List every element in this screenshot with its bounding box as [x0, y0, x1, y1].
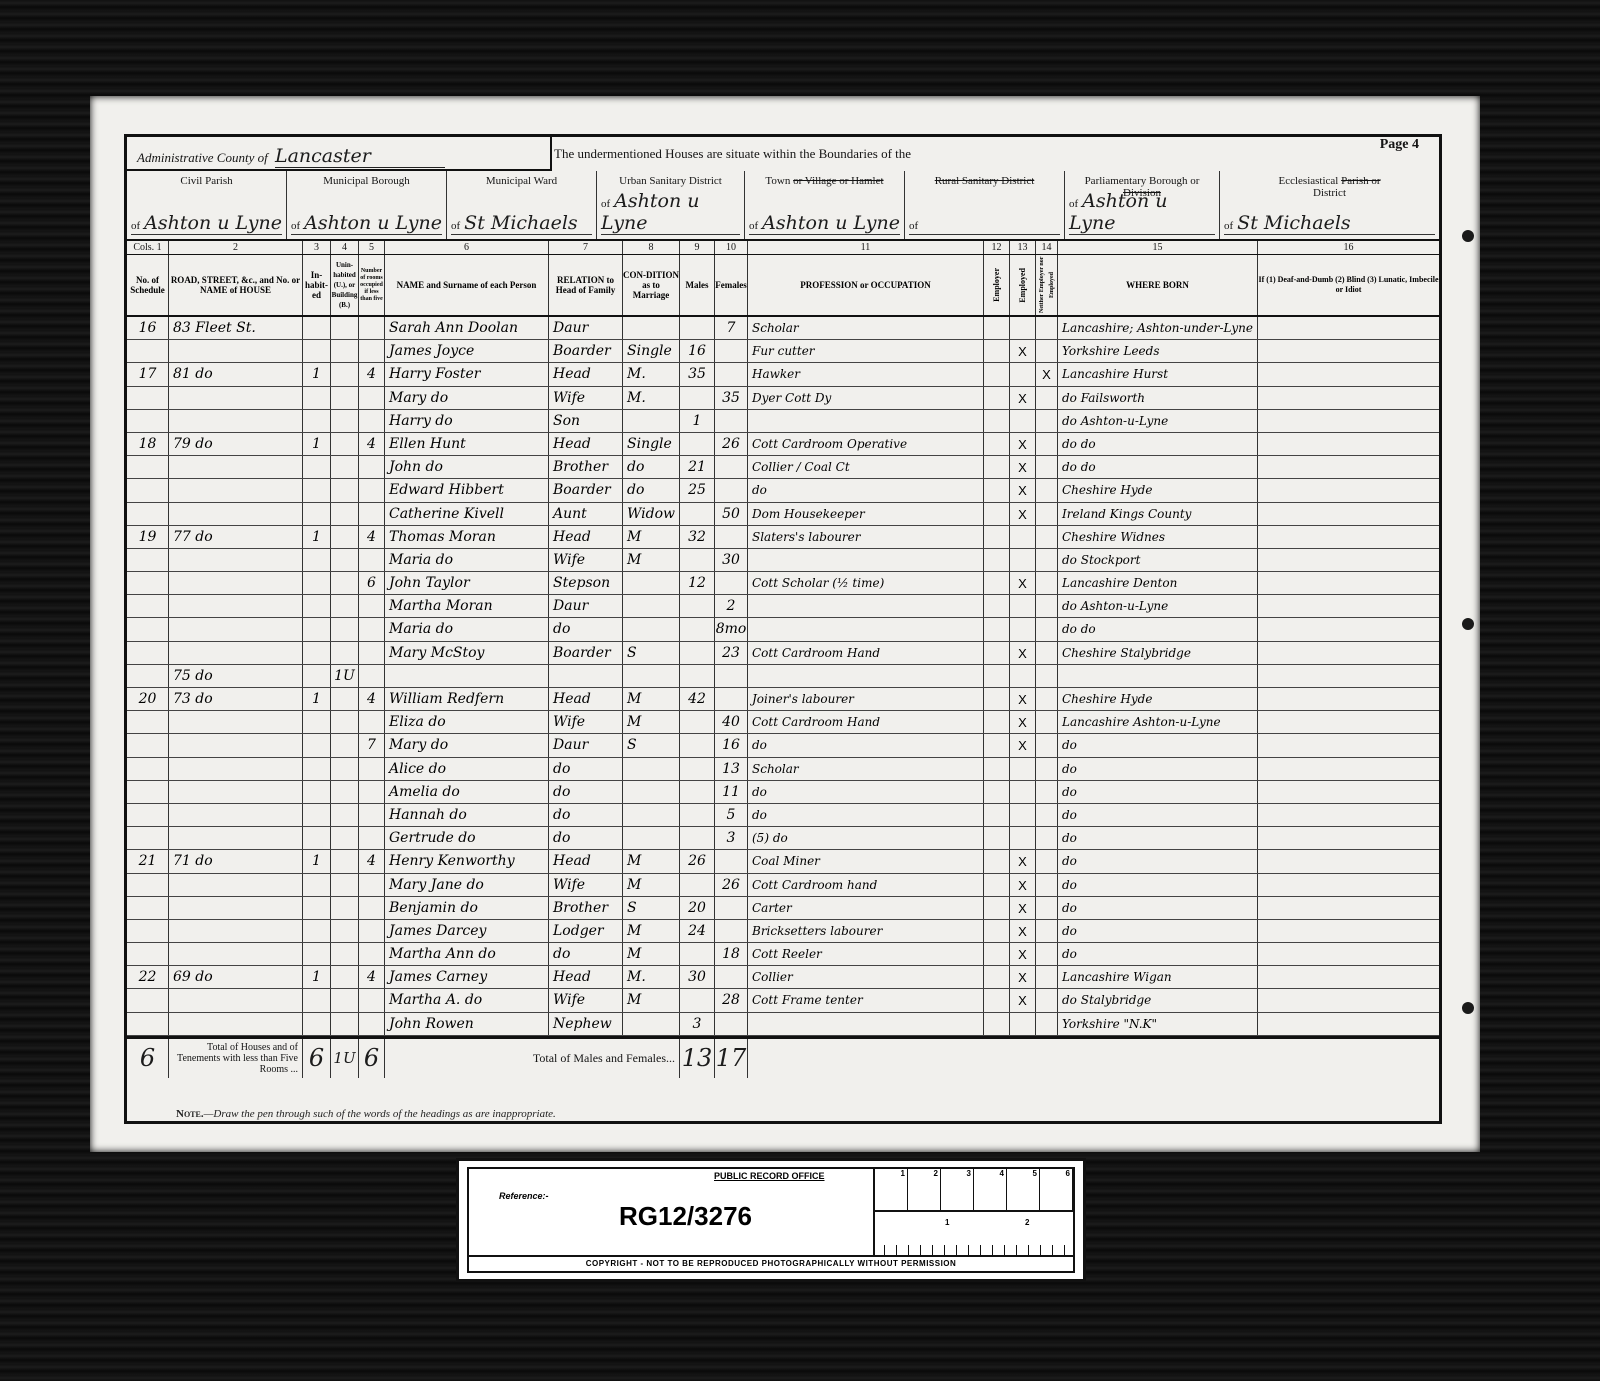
- cell-inhabited: [303, 758, 331, 780]
- cell-rooms: [359, 665, 385, 687]
- cell-rooms: [359, 503, 385, 525]
- cell-employed: X: [1010, 340, 1036, 362]
- cell-schedule-no: 19: [127, 526, 169, 548]
- cell-infirmity: [1258, 989, 1439, 1011]
- total-mf-label: Total of Males and Females...: [385, 1039, 680, 1078]
- cell-age-female: 8mo: [715, 618, 748, 640]
- header-inhabited: In-habit-ed: [303, 255, 331, 315]
- cell-person-name: Alice do: [385, 758, 549, 780]
- cell-infirmity: [1258, 363, 1439, 385]
- cell-road: [169, 410, 303, 432]
- cell-employer: [984, 595, 1010, 617]
- cell-rooms: 4: [359, 526, 385, 548]
- cell-relation: Lodger: [549, 920, 623, 942]
- cell-road: [169, 595, 303, 617]
- cell-employed: [1010, 618, 1036, 640]
- cell-inhabited: [303, 989, 331, 1011]
- cell-age-female: [715, 920, 748, 942]
- cell-condition: [623, 410, 680, 432]
- of-label: of: [451, 220, 460, 232]
- cell-age-female: 23: [715, 642, 748, 664]
- cell-age-female: [715, 665, 748, 687]
- cell-employed: [1010, 781, 1036, 803]
- cell-schedule-no: [127, 781, 169, 803]
- cell-condition: M: [623, 874, 680, 896]
- col-num: 4: [331, 241, 359, 254]
- cell-condition: M: [623, 850, 680, 872]
- table-row: Catherine KivellAuntWidow50Dom Housekeep…: [127, 503, 1439, 526]
- of-label: of: [291, 220, 300, 232]
- cell-neither: [1036, 456, 1058, 478]
- cell-age-male: 35: [680, 363, 715, 385]
- cell-age-female: [715, 850, 748, 872]
- cell-rooms: [359, 943, 385, 965]
- cell-infirmity: [1258, 618, 1439, 640]
- cell-inhabited: 1: [303, 688, 331, 710]
- cell-condition: M: [623, 549, 680, 571]
- cell-person-name: Harry do: [385, 410, 549, 432]
- cell-person-name: Edward Hibbert: [385, 479, 549, 501]
- cell-uninhabited: [331, 526, 359, 548]
- cell-employed: X: [1010, 711, 1036, 733]
- cell-relation: Daur: [549, 595, 623, 617]
- cell-age-female: 2: [715, 595, 748, 617]
- cell-relation: Stepson: [549, 572, 623, 594]
- cell-age-male: 30: [680, 966, 715, 988]
- cell-occupation: [748, 618, 984, 640]
- boundary-label: Town or Village or Hamlet: [745, 175, 904, 187]
- cell-uninhabited: [331, 456, 359, 478]
- cell-where-born: Lancashire Denton: [1058, 572, 1258, 594]
- cell-neither: [1036, 989, 1058, 1011]
- cell-employer: [984, 758, 1010, 780]
- cell-relation: Wife: [549, 989, 623, 1011]
- cell-where-born: do: [1058, 758, 1258, 780]
- cell-relation: Wife: [549, 549, 623, 571]
- cell-where-born: do: [1058, 827, 1258, 849]
- cell-infirmity: [1258, 711, 1439, 733]
- cell-where-born: Lancashire Ashton-u-Lyne: [1058, 711, 1258, 733]
- cell-uninhabited: [331, 479, 359, 501]
- cell-employer: [984, 711, 1010, 733]
- cell-schedule-no: [127, 920, 169, 942]
- cell-employed: [1010, 1013, 1036, 1035]
- cell-inhabited: [303, 410, 331, 432]
- boundary-value: Ashton u Lyne: [1069, 190, 1167, 234]
- cell-uninhabited: [331, 363, 359, 385]
- cell-schedule-no: [127, 734, 169, 756]
- cell-condition: M: [623, 920, 680, 942]
- cell-relation: Head: [549, 526, 623, 548]
- cell-age-female: 35: [715, 387, 748, 409]
- cell-where-born: Lancashire; Ashton-under-Lyne: [1058, 317, 1258, 339]
- cell-road: [169, 340, 303, 362]
- cell-occupation: Fur cutter: [748, 340, 984, 362]
- cell-schedule-no: [127, 479, 169, 501]
- cell-age-male: [680, 387, 715, 409]
- cell-employer: [984, 734, 1010, 756]
- cell-occupation: Scholar: [748, 317, 984, 339]
- cell-schedule-no: 17: [127, 363, 169, 385]
- cell-rooms: [359, 340, 385, 362]
- cell-where-born: do Failsworth: [1058, 387, 1258, 409]
- cell-employed: X: [1010, 387, 1036, 409]
- cell-rooms: [359, 711, 385, 733]
- boundary-label: Urban Sanitary District: [597, 175, 744, 187]
- cell-inhabited: [303, 503, 331, 525]
- cell-rooms: [359, 804, 385, 826]
- cell-neither: [1036, 642, 1058, 664]
- cell-age-female: 3: [715, 827, 748, 849]
- cell-occupation: [748, 410, 984, 432]
- cell-neither: [1036, 1013, 1058, 1035]
- col-num: 8: [623, 241, 680, 254]
- ruler-mark: 6: [1040, 1169, 1073, 1210]
- cell-employer: [984, 503, 1010, 525]
- cell-uninhabited: [331, 920, 359, 942]
- cell-employed: X: [1010, 897, 1036, 919]
- cell-age-female: [715, 479, 748, 501]
- cell-employer: [984, 410, 1010, 432]
- cell-age-female: 16: [715, 734, 748, 756]
- cell-rooms: [359, 989, 385, 1011]
- cell-schedule-no: 21: [127, 850, 169, 872]
- cell-employer: [984, 804, 1010, 826]
- cell-relation: do: [549, 827, 623, 849]
- cell-where-born: Cheshire Widnes: [1058, 526, 1258, 548]
- table-row: Mary Jane doWifeM26Cott Cardroom handXdo: [127, 874, 1439, 897]
- cell-rooms: 7: [359, 734, 385, 756]
- table-row: Mary McStoyBoarderS23Cott Cardroom HandX…: [127, 642, 1439, 665]
- col-num: 11: [748, 241, 984, 254]
- cell-infirmity: [1258, 966, 1439, 988]
- cell-infirmity: [1258, 572, 1439, 594]
- page-number: Page 4: [1380, 137, 1419, 153]
- cell-inhabited: [303, 317, 331, 339]
- cell-condition: S: [623, 897, 680, 919]
- cell-occupation: Cott Frame tenter: [748, 989, 984, 1011]
- cell-where-born: Lancashire Hurst: [1058, 363, 1258, 385]
- cell-employer: [984, 781, 1010, 803]
- cell-age-female: 26: [715, 433, 748, 455]
- cell-occupation: do: [748, 734, 984, 756]
- cell-employer: [984, 850, 1010, 872]
- col-num: 5: [359, 241, 385, 254]
- of-label: of: [1069, 198, 1078, 210]
- cell-infirmity: [1258, 387, 1439, 409]
- cell-employed: X: [1010, 874, 1036, 896]
- cell-schedule-no: [127, 410, 169, 432]
- office-name: PUBLIC RECORD OFFICE: [714, 1171, 825, 1181]
- cell-employer: [984, 572, 1010, 594]
- boundary-parliamentary: Parliamentary Borough orDivision ofAshto…: [1065, 171, 1220, 239]
- cell-road: [169, 479, 303, 501]
- cell-uninhabited: [331, 410, 359, 432]
- cell-relation: Head: [549, 433, 623, 455]
- of-label: of: [749, 220, 758, 232]
- cell-employed: X: [1010, 642, 1036, 664]
- ruler-mark: 2: [1025, 1218, 1029, 1227]
- cell-person-name: John Taylor: [385, 572, 549, 594]
- table-row: 2269 do14James CarneyHeadM.30CollierXLan…: [127, 966, 1439, 989]
- cell-where-born: do: [1058, 850, 1258, 872]
- cell-neither: [1036, 549, 1058, 571]
- cell-person-name: Hannah do: [385, 804, 549, 826]
- cell-road: [169, 618, 303, 640]
- cell-person-name: Ellen Hunt: [385, 433, 549, 455]
- header-name: NAME and Surname of each Person: [385, 255, 549, 315]
- cell-person-name: James Joyce: [385, 340, 549, 362]
- cell-infirmity: [1258, 804, 1439, 826]
- cell-occupation: [748, 549, 984, 571]
- cell-uninhabited: [331, 989, 359, 1011]
- boundary-label: Municipal Borough: [287, 175, 446, 187]
- table-row: Eliza doWifeM40Cott Cardroom HandXLancas…: [127, 711, 1439, 734]
- table-row: Amelia dodo11dodo: [127, 781, 1439, 804]
- cell-where-born: do: [1058, 920, 1258, 942]
- cell-condition: Single: [623, 340, 680, 362]
- cell-age-male: 24: [680, 920, 715, 942]
- cell-employed: X: [1010, 456, 1036, 478]
- cell-uninhabited: [331, 804, 359, 826]
- cell-rooms: [359, 642, 385, 664]
- cell-rooms: 4: [359, 966, 385, 988]
- cell-employer: [984, 433, 1010, 455]
- cell-where-born: [1058, 665, 1258, 687]
- cell-condition: M: [623, 526, 680, 548]
- cell-relation: Head: [549, 966, 623, 988]
- cell-age-male: [680, 665, 715, 687]
- cell-neither: [1036, 804, 1058, 826]
- of-label: of: [909, 220, 918, 232]
- cell-rooms: 4: [359, 688, 385, 710]
- cell-infirmity: [1258, 317, 1439, 339]
- cell-inhabited: [303, 340, 331, 362]
- cell-person-name: Mary do: [385, 387, 549, 409]
- cell-age-female: [715, 456, 748, 478]
- cell-age-female: 40: [715, 711, 748, 733]
- cell-infirmity: [1258, 526, 1439, 548]
- total-schedules: 6: [127, 1039, 169, 1078]
- cell-rooms: [359, 456, 385, 478]
- cell-age-female: [715, 966, 748, 988]
- cell-where-born: do: [1058, 943, 1258, 965]
- cell-relation: Brother: [549, 897, 623, 919]
- cell-person-name: Gertrude do: [385, 827, 549, 849]
- cell-age-male: [680, 618, 715, 640]
- cell-condition: [623, 595, 680, 617]
- cell-employer: [984, 943, 1010, 965]
- cell-road: 81 do: [169, 363, 303, 385]
- cell-age-male: [680, 781, 715, 803]
- cell-uninhabited: [331, 827, 359, 849]
- cell-schedule-no: [127, 572, 169, 594]
- cell-rooms: [359, 827, 385, 849]
- cell-relation: do: [549, 618, 623, 640]
- cell-schedule-no: [127, 618, 169, 640]
- cell-inhabited: [303, 874, 331, 896]
- cell-age-female: 5: [715, 804, 748, 826]
- cell-where-born: Cheshire Stalybridge: [1058, 642, 1258, 664]
- of-label: of: [1224, 220, 1233, 232]
- cell-person-name: Mary Jane do: [385, 874, 549, 896]
- cell-road: [169, 804, 303, 826]
- cell-schedule-no: [127, 943, 169, 965]
- cell-rooms: 6: [359, 572, 385, 594]
- cell-age-male: [680, 317, 715, 339]
- cell-road: [169, 874, 303, 896]
- total-empty: [748, 1039, 1439, 1078]
- cell-relation: Daur: [549, 317, 623, 339]
- cell-age-male: [680, 503, 715, 525]
- cell-person-name: Amelia do: [385, 781, 549, 803]
- note-text: —Draw the pen through such of the words …: [204, 1108, 556, 1120]
- cell-employed: [1010, 526, 1036, 548]
- cell-road: 71 do: [169, 850, 303, 872]
- cell-neither: [1036, 827, 1058, 849]
- col-num: 6: [385, 241, 549, 254]
- cell-infirmity: [1258, 410, 1439, 432]
- cell-person-name: John do: [385, 456, 549, 478]
- boundary-value: Ashton u Lyne: [304, 212, 442, 234]
- cell-age-male: [680, 989, 715, 1011]
- cell-occupation: Collier / Coal Ct: [748, 456, 984, 478]
- cell-person-name: Mary do: [385, 734, 549, 756]
- cell-person-name: Eliza do: [385, 711, 549, 733]
- header-rooms: Number of rooms occupied if less than fi…: [359, 255, 385, 315]
- cell-road: [169, 572, 303, 594]
- cell-schedule-no: [127, 503, 169, 525]
- boundary-rural-sanitary: Rural Sanitary District of: [905, 171, 1065, 239]
- cell-person-name: Martha A. do: [385, 989, 549, 1011]
- cell-where-born: do: [1058, 781, 1258, 803]
- cell-person-name: Martha Ann do: [385, 943, 549, 965]
- cell-condition: [623, 618, 680, 640]
- table-row: 1879 do14Ellen HuntHeadSingle26Cott Card…: [127, 433, 1439, 456]
- boundary-label: Civil Parish: [127, 175, 286, 187]
- cell-occupation: Dyer Cott Dy: [748, 387, 984, 409]
- cell-condition: S: [623, 642, 680, 664]
- cell-schedule-no: [127, 1013, 169, 1035]
- cell-condition: M: [623, 711, 680, 733]
- cell-person-name: William Redfern: [385, 688, 549, 710]
- cell-inhabited: [303, 897, 331, 919]
- cell-relation: Head: [549, 850, 623, 872]
- col-num: Cols. 1: [127, 241, 169, 254]
- cell-occupation: Cott Cardroom Operative: [748, 433, 984, 455]
- cell-age-male: 25: [680, 479, 715, 501]
- cell-neither: [1036, 433, 1058, 455]
- cell-age-male: 3: [680, 1013, 715, 1035]
- cell-employer: [984, 827, 1010, 849]
- cell-employer: [984, 363, 1010, 385]
- cell-infirmity: [1258, 1013, 1439, 1035]
- table-row: Martha A. doWifeM28Cott Frame tenterXdo …: [127, 989, 1439, 1012]
- boundary-town: Town or Village or Hamlet ofAshton u Lyn…: [745, 171, 905, 239]
- cell-rooms: [359, 549, 385, 571]
- cell-where-born: Lancashire Wigan: [1058, 966, 1258, 988]
- cell-neither: X: [1036, 363, 1058, 385]
- cell-employed: [1010, 595, 1036, 617]
- boundaries-heading: The undermentioned Houses are situate wi…: [554, 146, 911, 162]
- cell-where-born: Cheshire Hyde: [1058, 479, 1258, 501]
- cell-age-male: [680, 827, 715, 849]
- cell-occupation: Bricksetters labourer: [748, 920, 984, 942]
- cell-neither: [1036, 410, 1058, 432]
- boundary-civil-parish: Civil Parish ofAshton u Lyne: [127, 171, 287, 239]
- cell-road: [169, 758, 303, 780]
- cell-infirmity: [1258, 665, 1439, 687]
- cell-rooms: [359, 317, 385, 339]
- cell-relation: Boarder: [549, 340, 623, 362]
- cell-age-female: 13: [715, 758, 748, 780]
- total-houses-label: Total of Houses and of Tenements with le…: [169, 1039, 303, 1078]
- cell-person-name: Maria do: [385, 618, 549, 640]
- of-label: of: [601, 198, 610, 210]
- col-num: 15: [1058, 241, 1258, 254]
- table-row: Alice dodo13Scholardo: [127, 758, 1439, 781]
- cell-road: [169, 642, 303, 664]
- boundary-value: Ashton u Lyne: [762, 212, 900, 234]
- cell-neither: [1036, 966, 1058, 988]
- scale-ruler: 1 2 3 4 5 6 1 2: [873, 1169, 1073, 1255]
- cell-occupation: [748, 665, 984, 687]
- cell-employer: [984, 897, 1010, 919]
- cell-occupation: Joiner's labourer: [748, 688, 984, 710]
- cell-rooms: [359, 410, 385, 432]
- cell-rooms: [359, 897, 385, 919]
- header-infirmity: If (1) Deaf-and-Dumb (2) Blind (3) Lunat…: [1258, 255, 1439, 315]
- cell-person-name: Catherine Kivell: [385, 503, 549, 525]
- col-num: 2: [169, 241, 303, 254]
- administrative-county: Administrative County of Lancaster: [127, 137, 552, 171]
- cell-age-male: [680, 595, 715, 617]
- cell-neither: [1036, 897, 1058, 919]
- cell-uninhabited: [331, 874, 359, 896]
- col-num: 9: [680, 241, 715, 254]
- cell-employer: [984, 688, 1010, 710]
- cell-schedule-no: [127, 989, 169, 1011]
- table-row: 1977 do14Thomas MoranHeadM32Slaters's la…: [127, 526, 1439, 549]
- boundary-value: Ashton u Lyne: [601, 190, 699, 234]
- cell-relation: do: [549, 758, 623, 780]
- cell-schedule-no: 20: [127, 688, 169, 710]
- punch-hole: [1462, 230, 1474, 242]
- col-num: 12: [984, 241, 1010, 254]
- cell-neither: [1036, 572, 1058, 594]
- cell-road: 79 do: [169, 433, 303, 455]
- cell-schedule-no: [127, 387, 169, 409]
- cell-inhabited: [303, 1013, 331, 1035]
- col-num: 7: [549, 241, 623, 254]
- cell-inhabited: [303, 734, 331, 756]
- column-headers: No. of Schedule ROAD, STREET, &c., and N…: [127, 255, 1439, 317]
- cell-inhabited: [303, 804, 331, 826]
- cell-uninhabited: [331, 943, 359, 965]
- ruler-mark: 1: [945, 1218, 949, 1227]
- cell-infirmity: [1258, 642, 1439, 664]
- cell-age-male: 42: [680, 688, 715, 710]
- cell-age-male: 16: [680, 340, 715, 362]
- boundary-label: Ecclesiastical Parish orDistrict: [1220, 175, 1439, 199]
- cell-relation: Wife: [549, 711, 623, 733]
- cell-neither: [1036, 781, 1058, 803]
- cell-employed: X: [1010, 479, 1036, 501]
- census-sheet: Administrative County of Lancaster The u…: [90, 96, 1480, 1152]
- cell-road: [169, 387, 303, 409]
- punch-hole: [1462, 1002, 1474, 1014]
- cell-employed: X: [1010, 572, 1036, 594]
